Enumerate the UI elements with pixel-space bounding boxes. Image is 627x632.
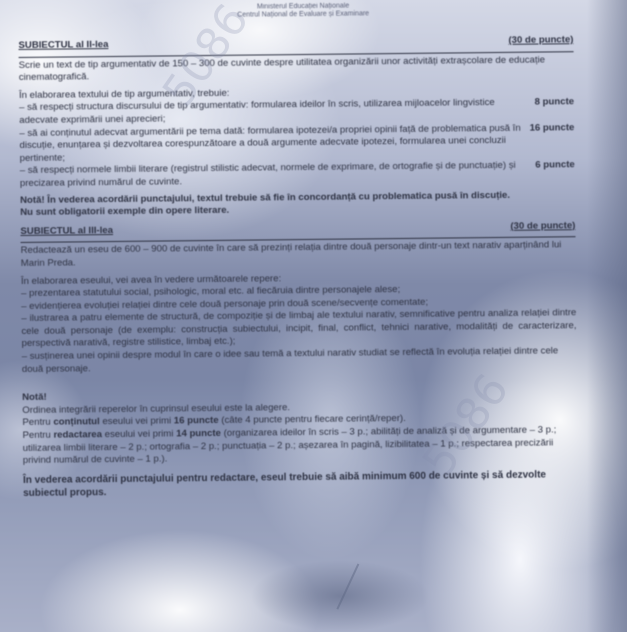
- note-text: eseului vei primi: [102, 428, 176, 440]
- note-bold: redactarea: [53, 429, 102, 441]
- note-bold: 14 puncte: [176, 428, 221, 439]
- subject-3-heading: SUBIECTUL al III-lea (30 de puncte): [20, 220, 575, 238]
- subject-3: SUBIECTUL al III-lea (30 de puncte) Reda…: [20, 220, 578, 500]
- note-text: Ordinea integrării reperelor în cuprinsu…: [22, 402, 290, 416]
- subject-2-points: (30 de puncte): [508, 34, 573, 47]
- criterion-text: – să respecți normele limbii literare (r…: [20, 160, 528, 191]
- repere-list: – prezentarea statutului social, psiholo…: [21, 282, 577, 376]
- subject-3-prompt: Redactează un eseu de 600 – 900 de cuvin…: [21, 239, 576, 270]
- criterion-2: – să ai conținutul adecvat argumentării …: [19, 122, 574, 166]
- note-bold: conținutul: [53, 417, 99, 428]
- criterion-points: 8 puncte: [527, 97, 575, 123]
- reper-item: – ilustrarea a patru elemente de structu…: [21, 307, 576, 351]
- note-text: Pentru: [22, 417, 53, 428]
- subject-2-title: SUBIECTUL al II-lea: [18, 39, 108, 53]
- subject-3-title: SUBIECTUL al III-lea: [20, 225, 113, 239]
- subject-2-prompt: Scrie un text de tip argumentativ de 150…: [19, 54, 574, 85]
- criterion-text: – să ai conținutul adecvat argumentării …: [19, 122, 522, 165]
- criterion-3: – să respecți normele limbii literare (r…: [20, 160, 575, 191]
- subject-2-heading: SUBIECTUL al II-lea (30 de puncte): [18, 22, 573, 52]
- photo-shadow: [250, 560, 430, 632]
- note-text: Pentru: [23, 430, 54, 441]
- note-text: (câte 4 puncte pentru fiecare cerință/re…: [219, 413, 406, 426]
- criterion-points: 16 puncte: [522, 122, 575, 160]
- note-text: eseului vei primi: [100, 416, 174, 428]
- subject-2: SUBIECTUL al II-lea (30 de puncte) Scrie…: [18, 22, 575, 220]
- criterion-points: 6 puncte: [527, 160, 575, 186]
- note-bold: 16 puncte: [174, 415, 219, 426]
- note-line: Pentru redactarea eseului vei primi 14 p…: [23, 424, 578, 468]
- reper-item: – susținerea unei opinii despre modul în…: [22, 345, 577, 376]
- subject-3-points: (30 de puncte): [510, 220, 575, 233]
- photo-shadow: [587, 0, 627, 632]
